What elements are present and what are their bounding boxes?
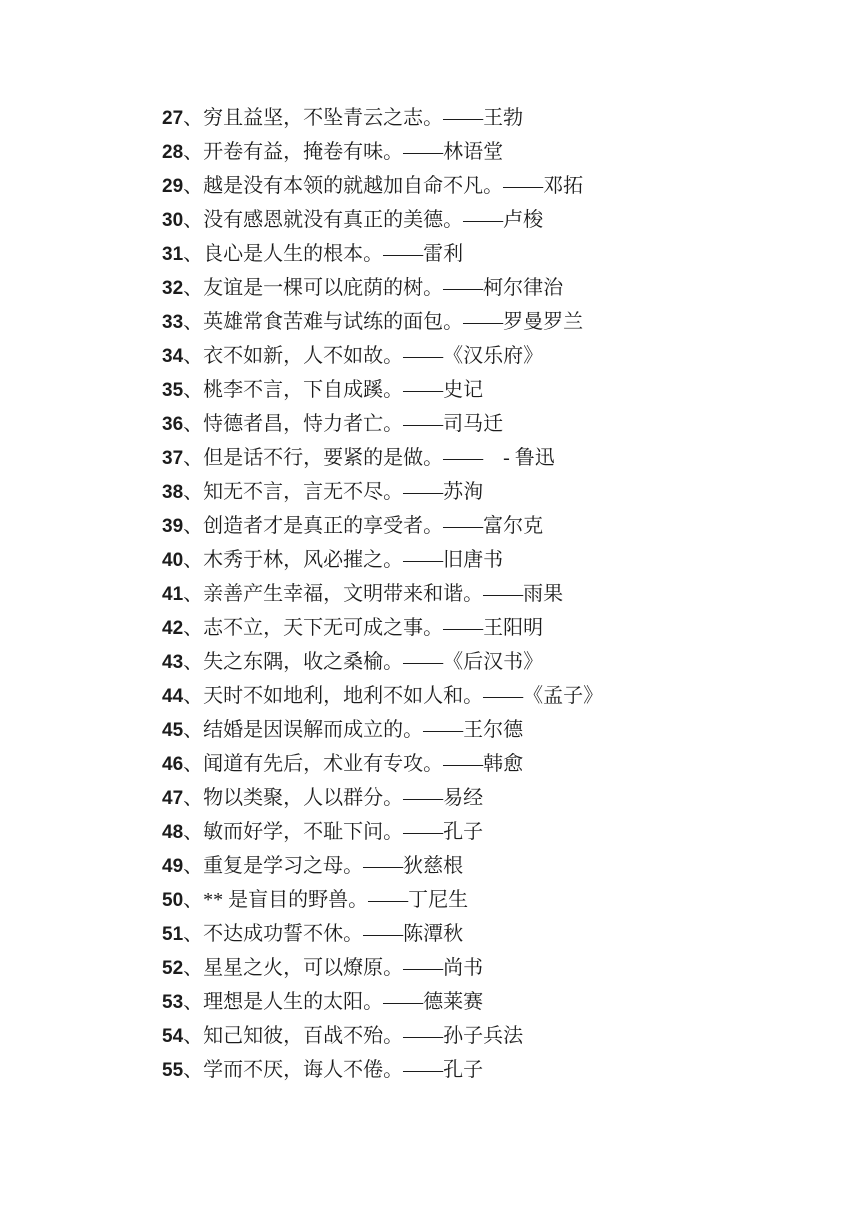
quote-line: 55、学而不厌，诲人不倦。——孔子 bbox=[162, 1053, 820, 1087]
quote-separator: 、 bbox=[183, 243, 203, 265]
quote-line: 52、星星之火，可以燎原。——尚书 bbox=[162, 951, 820, 985]
quote-line: 50、** 是盲目的野兽。——丁尼生 bbox=[162, 883, 820, 917]
quote-number: 27 bbox=[162, 108, 183, 129]
quote-separator: 、 bbox=[183, 311, 203, 333]
quote-text: 天时不如地利，地利不如人和。——《孟子》 bbox=[203, 685, 603, 707]
quote-number: 46 bbox=[162, 754, 183, 775]
quote-number: 37 bbox=[162, 448, 183, 469]
quote-number: 48 bbox=[162, 822, 183, 843]
quote-text: 失之东隅，收之桑榆。——《后汉书》 bbox=[203, 651, 543, 673]
quote-text: 理想是人生的太阳。——德莱赛 bbox=[203, 991, 483, 1013]
quote-separator: 、 bbox=[183, 923, 203, 945]
quote-separator: 、 bbox=[183, 277, 203, 299]
quote-line: 54、知己知彼，百战不殆。——孙子兵法 bbox=[162, 1019, 820, 1053]
quote-line: 49、重复是学习之母。——狄慈根 bbox=[162, 849, 820, 883]
quote-number: 40 bbox=[162, 550, 183, 571]
quote-number: 36 bbox=[162, 414, 183, 435]
quote-line: 48、敏而好学，不耻下问。——孔子 bbox=[162, 815, 820, 849]
quote-number: 33 bbox=[162, 312, 183, 333]
quote-line: 33、英雄常食苦难与试练的面包。——罗曼罗兰 bbox=[162, 305, 820, 339]
quote-separator: 、 bbox=[183, 821, 203, 843]
quote-text: 亲善产生幸福，文明带来和谐。——雨果 bbox=[203, 583, 563, 605]
quote-line: 36、恃德者昌，恃力者亡。——司马迁 bbox=[162, 407, 820, 441]
quote-number: 44 bbox=[162, 686, 183, 707]
quote-separator: 、 bbox=[183, 753, 203, 775]
quote-text: 衣不如新，人不如故。——《汉乐府》 bbox=[203, 345, 543, 367]
quote-number: 55 bbox=[162, 1060, 183, 1081]
quote-line: 35、桃李不言，下自成蹊。——史记 bbox=[162, 373, 820, 407]
quote-separator: 、 bbox=[183, 1025, 203, 1047]
quote-separator: 、 bbox=[183, 447, 203, 469]
quote-text: 物以类聚，人以群分。——易经 bbox=[203, 787, 483, 809]
quote-line: 40、木秀于林，风必摧之。——旧唐书 bbox=[162, 543, 820, 577]
quote-number: 28 bbox=[162, 142, 183, 163]
quote-line: 34、衣不如新，人不如故。——《汉乐府》 bbox=[162, 339, 820, 373]
quote-text: 恃德者昌，恃力者亡。——司马迁 bbox=[203, 413, 503, 435]
quote-separator: 、 bbox=[183, 209, 203, 231]
quote-separator: 、 bbox=[183, 481, 203, 503]
quote-separator: 、 bbox=[183, 345, 203, 367]
quote-separator: 、 bbox=[183, 855, 203, 877]
quote-number: 43 bbox=[162, 652, 183, 673]
quote-line: 44、天时不如地利，地利不如人和。——《孟子》 bbox=[162, 679, 820, 713]
quote-separator: 、 bbox=[183, 1059, 203, 1081]
quote-number: 39 bbox=[162, 516, 183, 537]
quote-line: 45、结婚是因误解而成立的。——王尔德 bbox=[162, 713, 820, 747]
quote-number: 32 bbox=[162, 278, 183, 299]
quote-text: 创造者才是真正的享受者。——富尔克 bbox=[203, 515, 543, 537]
quote-number: 52 bbox=[162, 958, 183, 979]
quote-text: 友谊是一棵可以庇荫的树。——柯尔律治 bbox=[203, 277, 563, 299]
quote-separator: 、 bbox=[183, 991, 203, 1013]
quote-number: 41 bbox=[162, 584, 183, 605]
quote-number: 42 bbox=[162, 618, 183, 639]
document-page: 27、穷且益坚，不坠青云之志。——王勃 28、开卷有益，掩卷有味。——林语堂 2… bbox=[0, 0, 860, 1218]
quote-text: 木秀于林，风必摧之。——旧唐书 bbox=[203, 549, 503, 571]
quote-text: 不达成功誓不休。——陈潭秋 bbox=[203, 923, 463, 945]
quote-number: 45 bbox=[162, 720, 183, 741]
quote-text: ** 是盲目的野兽。——丁尼生 bbox=[203, 889, 468, 911]
quote-text: 敏而好学，不耻下问。——孔子 bbox=[203, 821, 483, 843]
quote-separator: 、 bbox=[183, 141, 203, 163]
quote-number: 49 bbox=[162, 856, 183, 877]
quote-text: 英雄常食苦难与试练的面包。——罗曼罗兰 bbox=[203, 311, 583, 333]
quote-separator: 、 bbox=[183, 175, 203, 197]
quote-text: 星星之火，可以燎原。——尚书 bbox=[203, 957, 483, 979]
quote-text: 但是话不行，要紧的是做。—— - 鲁迅 bbox=[203, 447, 555, 469]
quote-line: 51、不达成功誓不休。——陈潭秋 bbox=[162, 917, 820, 951]
quote-text: 闻道有先后，术业有专攻。——韩愈 bbox=[203, 753, 523, 775]
quote-list: 27、穷且益坚，不坠青云之志。——王勃 28、开卷有益，掩卷有味。——林语堂 2… bbox=[162, 101, 820, 1087]
quote-text: 越是没有本领的就越加自命不凡。——邓拓 bbox=[203, 175, 583, 197]
quote-separator: 、 bbox=[183, 617, 203, 639]
quote-line: 27、穷且益坚，不坠青云之志。——王勃 bbox=[162, 101, 820, 135]
quote-separator: 、 bbox=[183, 583, 203, 605]
quote-line: 28、开卷有益，掩卷有味。——林语堂 bbox=[162, 135, 820, 169]
quote-separator: 、 bbox=[183, 685, 203, 707]
quote-line: 32、友谊是一棵可以庇荫的树。——柯尔律治 bbox=[162, 271, 820, 305]
quote-line: 43、失之东隅，收之桑榆。——《后汉书》 bbox=[162, 645, 820, 679]
quote-line: 47、物以类聚，人以群分。——易经 bbox=[162, 781, 820, 815]
quote-number: 47 bbox=[162, 788, 183, 809]
quote-line: 31、良心是人生的根本。——雷利 bbox=[162, 237, 820, 271]
quote-text: 重复是学习之母。——狄慈根 bbox=[203, 855, 463, 877]
quote-line: 39、创造者才是真正的享受者。——富尔克 bbox=[162, 509, 820, 543]
quote-separator: 、 bbox=[183, 413, 203, 435]
quote-separator: 、 bbox=[183, 651, 203, 673]
quote-line: 42、志不立，天下无可成之事。——王阳明 bbox=[162, 611, 820, 645]
quote-separator: 、 bbox=[183, 515, 203, 537]
quote-line: 53、理想是人生的太阳。——德莱赛 bbox=[162, 985, 820, 1019]
quote-number: 31 bbox=[162, 244, 183, 265]
quote-number: 35 bbox=[162, 380, 183, 401]
quote-separator: 、 bbox=[183, 549, 203, 571]
quote-text: 良心是人生的根本。——雷利 bbox=[203, 243, 463, 265]
quote-number: 38 bbox=[162, 482, 183, 503]
quote-line: 37、但是话不行，要紧的是做。—— - 鲁迅 bbox=[162, 441, 820, 475]
quote-separator: 、 bbox=[183, 787, 203, 809]
quote-text: 志不立，天下无可成之事。——王阳明 bbox=[203, 617, 543, 639]
quote-text: 学而不厌，诲人不倦。——孔子 bbox=[203, 1059, 483, 1081]
quote-separator: 、 bbox=[183, 379, 203, 401]
quote-text: 结婚是因误解而成立的。——王尔德 bbox=[203, 719, 523, 741]
quote-number: 29 bbox=[162, 176, 183, 197]
quote-number: 53 bbox=[162, 992, 183, 1013]
quote-line: 41、亲善产生幸福，文明带来和谐。——雨果 bbox=[162, 577, 820, 611]
quote-separator: 、 bbox=[183, 957, 203, 979]
quote-number: 54 bbox=[162, 1026, 183, 1047]
quote-text: 知己知彼，百战不殆。——孙子兵法 bbox=[203, 1025, 523, 1047]
quote-line: 46、闻道有先后，术业有专攻。——韩愈 bbox=[162, 747, 820, 781]
quote-text: 穷且益坚，不坠青云之志。——王勃 bbox=[203, 107, 523, 129]
quote-line: 38、知无不言，言无不尽。——苏洵 bbox=[162, 475, 820, 509]
quote-number: 50 bbox=[162, 890, 183, 911]
quote-line: 30、没有感恩就没有真正的美德。——卢梭 bbox=[162, 203, 820, 237]
quote-number: 30 bbox=[162, 210, 183, 231]
quote-text: 没有感恩就没有真正的美德。——卢梭 bbox=[203, 209, 543, 231]
quote-separator: 、 bbox=[183, 107, 203, 129]
quote-text: 开卷有益，掩卷有味。——林语堂 bbox=[203, 141, 503, 163]
quote-text: 知无不言，言无不尽。——苏洵 bbox=[203, 481, 483, 503]
quote-line: 29、越是没有本领的就越加自命不凡。——邓拓 bbox=[162, 169, 820, 203]
quote-number: 34 bbox=[162, 346, 183, 367]
quote-separator: 、 bbox=[183, 889, 203, 911]
quote-separator: 、 bbox=[183, 719, 203, 741]
quote-text: 桃李不言，下自成蹊。——史记 bbox=[203, 379, 483, 401]
quote-number: 51 bbox=[162, 924, 183, 945]
